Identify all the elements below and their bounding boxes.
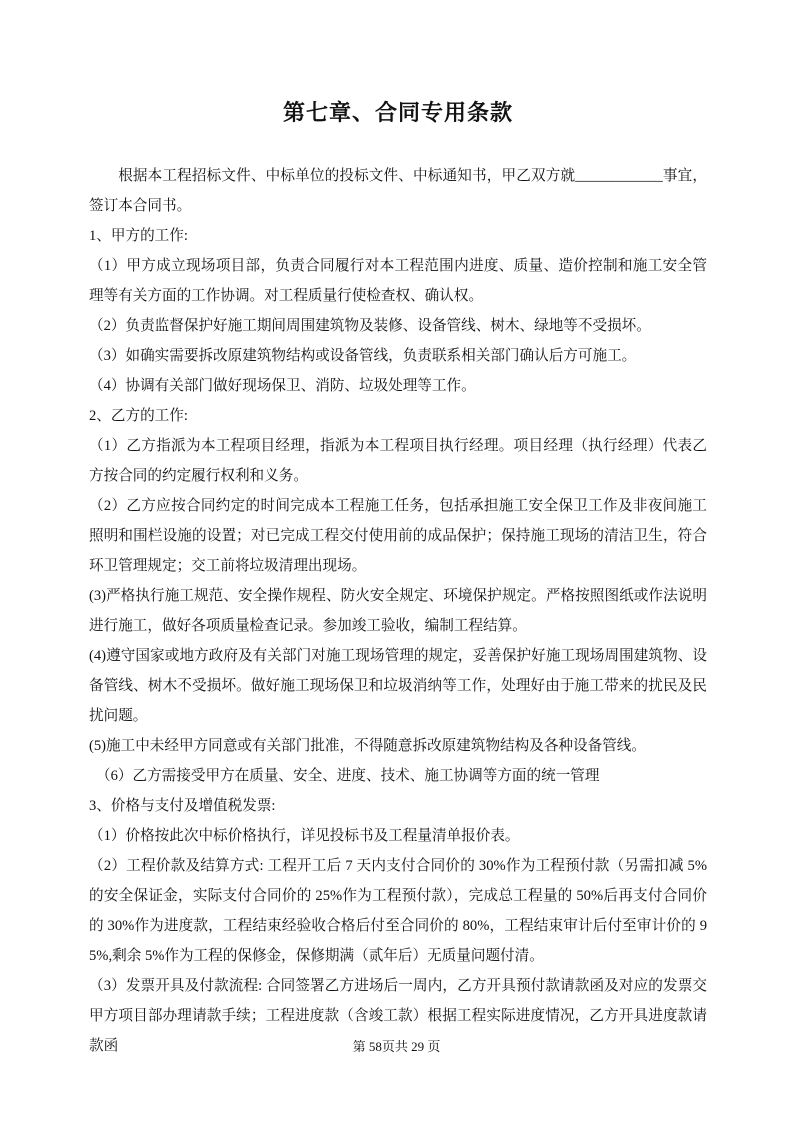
chapter-title: 第七章、合同专用条款 [89, 98, 707, 128]
section-2-item-2: （2）乙方应按合同约定的时间完成本工程施工任务，包括承担施工安全保卫工作及非夜间… [89, 491, 707, 581]
section-2-item-5: (5)施工中未经甲方同意或有关部门批准，不得随意拆改原建筑物结构及各种设备管线。 [89, 731, 707, 761]
section-1-item-4: （4）协调有关部门做好现场保卫、消防、垃圾处理等工作。 [89, 371, 707, 401]
section-3-heading: 3、价格与支付及增值税发票: [89, 791, 707, 821]
section-2-item-4: (4)遵守国家或地方政府及有关部门对施工现场管理的规定，妥善保护好施工现场周围建… [89, 641, 707, 731]
section-1-heading: 1、甲方的工作: [89, 221, 707, 251]
section-1-item-1: （1）甲方成立现场项目部，负责合同履行对本工程范围内进度、质量、造价控制和施工安… [89, 251, 707, 311]
section-2-item-1: （1）乙方指派为本工程项目经理，指派为本工程项目执行经理。项目经理（执行经理）代… [89, 431, 707, 491]
section-2-heading: 2、乙方的工作: [89, 401, 707, 431]
section-2-item-6: （6）乙方需接受甲方在质量、安全、进度、技术、施工协调等方面的统一管理 [89, 761, 707, 791]
section-2-item-3: (3)严格执行施工规范、安全操作规程、防火安全规定、环境保护规定。严格按照图纸或… [89, 581, 707, 641]
section-1-item-2: （2）负责监督保护好施工期间周围建筑物及装修、设备管线、树木、绿地等不受损坏。 [89, 311, 707, 341]
section-3-item-2: （2）工程价款及结算方式: 工程开工后 7 天内支付合同价的 30%作为工程预付… [89, 851, 707, 971]
section-1-item-3: （3）如确实需要拆改原建筑物结构或设备管线，负责联系相关部门确认后方可施工。 [89, 341, 707, 371]
page-number: 第 58页共 29 页 [0, 1038, 793, 1056]
document-page: 第七章、合同专用条款 根据本工程招标文件、中标单位的投标文件、中标通知书，甲乙双… [0, 0, 793, 1122]
document-body: 第七章、合同专用条款 根据本工程招标文件、中标单位的投标文件、中标通知书，甲乙双… [89, 98, 707, 1061]
section-3-item-1: （1）价格按此次中标价格执行，详见投标书及工程量清单报价表。 [89, 821, 707, 851]
opening-paragraph: 根据本工程招标文件、中标单位的投标文件、中标通知书，甲乙双方就_________… [89, 161, 707, 221]
